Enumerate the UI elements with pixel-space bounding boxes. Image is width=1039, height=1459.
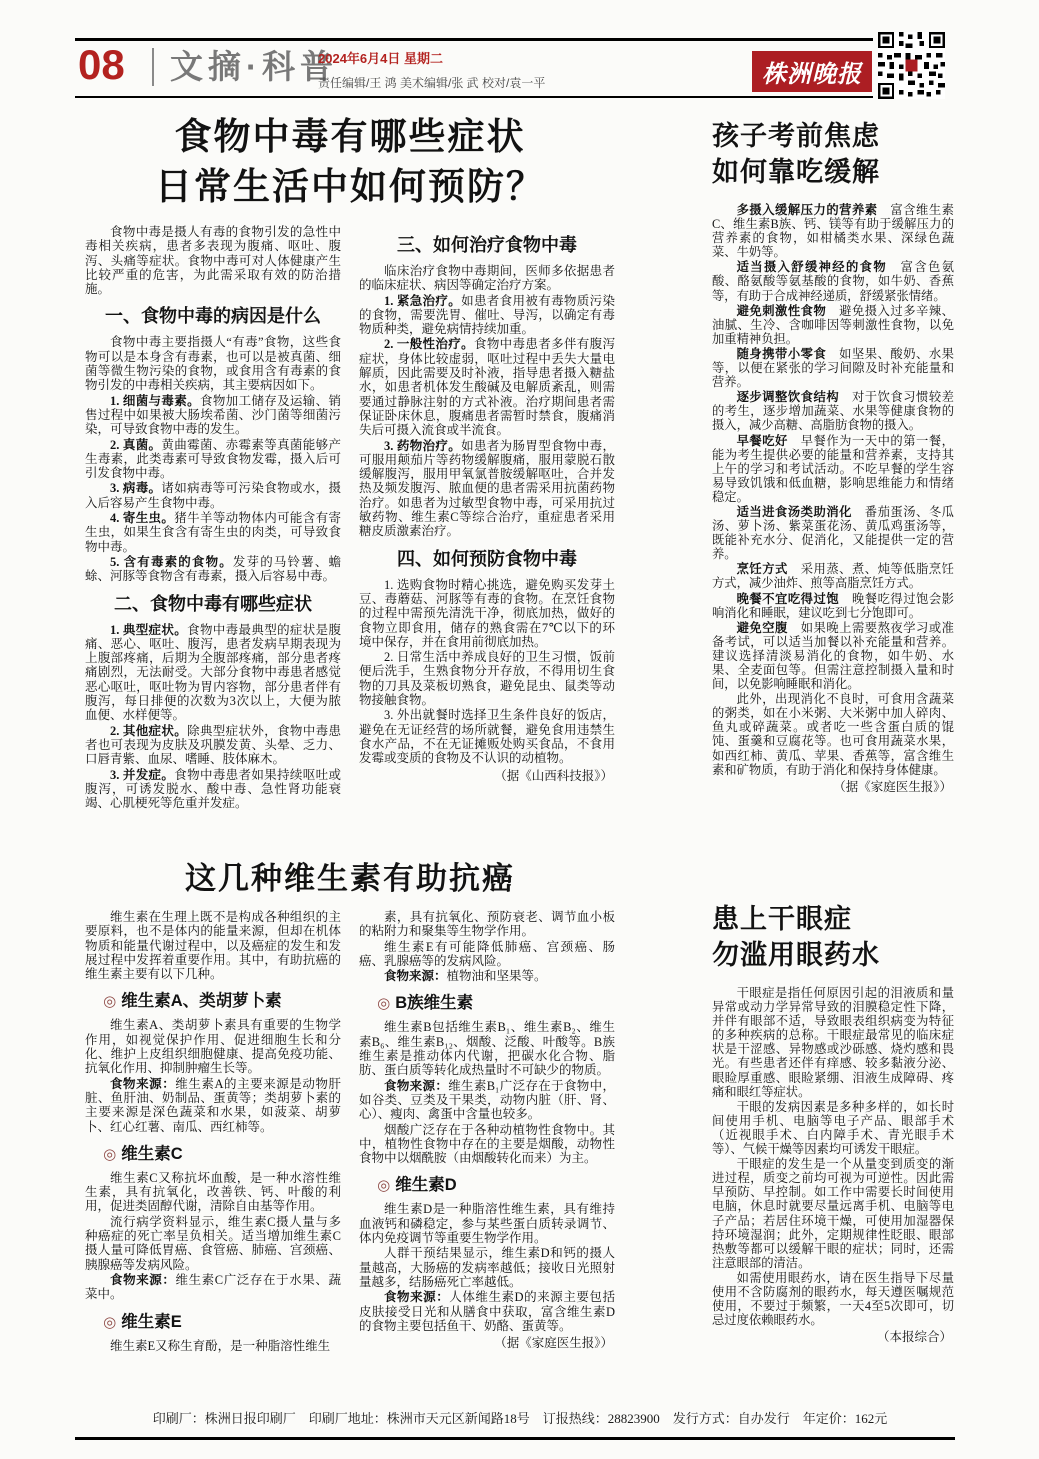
article-column-1: 食物中毒是摄人有毒的食物引发的急性中毒相关疾病，患者多表现为腹痛、呕吐、腹泻、头…	[85, 225, 341, 811]
paragraph-lead: 2. 真菌。	[110, 438, 161, 452]
body-paragraph: 维生素E又称生育酚，是一种脂溶性维生	[85, 1339, 341, 1353]
paragraph-lead: 避免刺激性食物	[737, 304, 827, 318]
editors-line: 责任编辑/王 鸿 美术编辑/张 武 校对/袁一平	[318, 74, 678, 91]
paragraph-lead: 多摄入缓解压力的营养素	[737, 203, 878, 217]
article-title: 食物中毒有哪些症状 日常生活中如何预防？	[85, 112, 615, 212]
paragraph-lead: 2. 一般性治疗。	[384, 337, 474, 351]
article-title-line1: 孩子考前焦虑	[712, 121, 880, 151]
double-circle-icon: ◎	[377, 995, 390, 1012]
body-paragraph: 临床治疗食物中毒期间，医师多依据患者的临床症状、病因等确定治疗方案。	[359, 264, 615, 293]
article-title-line2: 日常生活中如何预防？	[155, 166, 545, 207]
article-body: 多摄入缓解压力的营养素 富含维生素C、维生素B族、钙、镁等有助于缓解压力的营养素…	[712, 203, 954, 795]
article-title: 患上干眼症 勿滥用眼药水	[712, 901, 954, 973]
paragraph-lead: 1. 细菌与毒素。	[110, 394, 200, 408]
body-paragraph: 维生素D是一种脂溶性维生素，具有维持血液钙和磷稳定，参与某些蛋白质转录调节、体内…	[359, 1202, 615, 1245]
vitamin-subheading: ◎B族维生素	[359, 993, 615, 1014]
article-body: 干眼症是指任何原因引起的泪液质和量异常或动力学异常导致的泪膜稳定性下降，并伴有眼…	[712, 986, 954, 1345]
section-heading: 三、如何治疗食物中毒	[359, 234, 615, 256]
vitamin-subheading: ◎维生素D	[359, 1175, 615, 1196]
article-title-line1: 患上干眼症	[712, 904, 852, 934]
body-paragraph: 2. 其他症状。除典型症状外，食物中毒患者也可表现为皮肤及巩膜发黄、头晕、乏力、…	[85, 724, 341, 767]
body-paragraph: 食物来源：维生素B₁广泛存在于食物中，如谷类、豆类及干果类，动物内脏（肝、肾、心…	[359, 1079, 615, 1122]
paragraph-lead: 4. 寄生虫。	[110, 511, 174, 525]
body-paragraph: 2. 日常生活中养成良好的卫生习惯，饭前便后洗手，生熟食物分开存放，不得用切生食…	[359, 650, 615, 707]
body-paragraph: 维生素C又称抗坏血酸，是一种水溶性维生素，具有抗氧化，改善铁、钙、叶酸的利用，促…	[85, 1171, 341, 1214]
double-circle-icon: ◎	[103, 1146, 116, 1163]
paragraph-lead: 食物来源：	[384, 1290, 449, 1304]
page-number: 08	[78, 42, 125, 88]
paragraph-lead: 适当摄入舒缓神经的食物	[737, 260, 887, 274]
double-circle-icon: ◎	[103, 1314, 116, 1331]
vitamin-subheading: ◎维生素A、类胡萝卜素	[85, 991, 341, 1012]
body-paragraph: 3. 并发症。食物中毒患者如果持续呕吐或腹泻，可诱发脱水、酸中毒、急性肾功能衰竭…	[85, 768, 341, 811]
body-paragraph: 食物中毒是摄人有毒的食物引发的急性中毒相关疾病，患者多表现为腹痛、呕吐、腹泻、头…	[85, 225, 341, 296]
paragraph-lead: 早餐吃好	[737, 434, 788, 448]
header-top-rule	[75, 38, 873, 41]
article-title: 孩子考前焦虑 如何靠吃缓解	[712, 118, 954, 190]
article-title: 这几种维生素有助抗癌	[85, 858, 615, 900]
body-paragraph: 3. 药物治疗。如患者为肠胃型食物中毒，可服用颠茄片等药物缓解腹痛，服用蒙脱石散…	[359, 439, 615, 539]
body-paragraph: 维生素E有可能降低肺癌、宫颈癌、肠癌、乳腺癌等的发病风险。	[359, 940, 615, 969]
paragraph-lead: 逐步调整饮食结构	[737, 390, 840, 404]
body-paragraph: 干眼症的发生是一个从量变到质变的渐进过程，质变之前均可视为可逆性。因此需早预防、…	[712, 1157, 954, 1270]
body-paragraph: 干眼的发病因素是多种多样的，如长时间使用手机、电脑等电子产品、眼部手术（近视眼手…	[712, 1100, 954, 1156]
body-paragraph: 多摄入缓解压力的营养素 富含维生素C、维生素B族、钙、镁等有助于缓解压力的营养素…	[712, 203, 954, 259]
section-heading: 一、食物中毒的病因是什么	[85, 305, 341, 327]
paragraph-lead: 食物来源：	[110, 1273, 175, 1287]
body-paragraph: 食物来源：维生素A的主要来源是动物肝脏、鱼肝油、奶制品、蛋黄等；类胡萝卜素的主要…	[85, 1077, 341, 1134]
paragraph-lead: 3. 病毒。	[110, 481, 161, 495]
article-dry-eye: 患上干眼症 勿滥用眼药水 干眼症是指任何原因引起的泪液质和量异常或动力学异常导致…	[712, 901, 954, 1345]
body-paragraph: 适当进食汤类助消化 番茄蛋汤、冬瓜汤、萝卜汤、紫菜蛋花汤、黄瓜鸡蛋汤等，既能补充…	[712, 505, 954, 561]
body-paragraph: 晚餐不宜吃得过饱 晚餐吃得过饱会影响消化和睡眠，建议吃到七分饱即可。	[712, 592, 954, 620]
body-paragraph: 随身携带小零食 如坚果、酸奶、水果等，以便在紧张的学习间隙及时补充能量和营养。	[712, 347, 954, 389]
source-attribution: （据《山西科技报》）	[359, 769, 613, 784]
paragraph-lead: 3. 药物治疗。	[384, 439, 461, 453]
source-attribution: （本报综合）	[712, 1330, 952, 1345]
double-circle-icon: ◎	[377, 1177, 390, 1194]
body-paragraph: 1. 典型症状。食物中毒最典型的症状是腹痛、恶心、呕吐、腹泻，患者发病早期表现为…	[85, 623, 341, 723]
newspaper-logo: 株洲晚报	[752, 51, 872, 92]
body-paragraph: 逐步调整饮食结构 对于饮食习惯较差的考生，逐步增加蔬菜、水果等健康食物的摄入，减…	[712, 390, 954, 432]
body-paragraph: 食物来源：植物油和坚果等。	[359, 969, 615, 983]
article-columns: 食物中毒是摄人有毒的食物引发的急性中毒相关疾病，患者多表现为腹痛、呕吐、腹泻、头…	[85, 225, 615, 811]
article-vitamins: 这几种维生素有助抗癌 维生素在生理上既不是构成各种组织的主要原料，也不是体内的能…	[85, 858, 615, 1354]
body-paragraph: 3. 外出就餐时选择卫生条件良好的饭店，避免在无证经营的场所就餐，避免食用违禁生…	[359, 708, 615, 765]
article-columns: 维生素在生理上既不是构成各种组织的主要原料，也不是体内的能量来源，但却在机体物质…	[85, 910, 615, 1354]
paragraph-lead: 5. 含有毒素的食物。	[110, 555, 233, 569]
body-paragraph: 避免刺激性食物 避免摄入过多辛辣、油腻、生冷、含咖啡因等刺激性食物，以免加重精神…	[712, 304, 954, 346]
body-paragraph: 2. 一般性治疗。食物中毒患者多伴有腹泻症状，身体比较虚弱，呕吐过程中丢失大量电…	[359, 337, 615, 437]
body-paragraph: 素，具有抗氧化、预防衰老、调节血小板的粘附力和聚集等生物学作用。	[359, 910, 615, 939]
body-paragraph: 此外，出现消化不良时，可食用含蔬菜的粥类，如在小米粥、大米粥中加人碎肉、鱼丸或碎…	[712, 692, 954, 777]
article-column-2: 素，具有抗氧化、预防衰老、调节血小板的粘附力和聚集等生物学作用。维生素E有可能降…	[359, 910, 615, 1354]
body-paragraph: 流行病学资料显示，维生素C摄人量与多种癌症的死亡率呈负相关。适当增加维生素C摄人…	[85, 1215, 341, 1272]
header-divider	[152, 48, 154, 86]
paragraph-lead: 避免空腹	[737, 621, 788, 635]
body-paragraph: 维生素A、类胡萝卜素具有重要的生物学作用，如视觉保护作用、促进细胞生长和分化、维…	[85, 1018, 341, 1075]
body-paragraph: 人群干预结果显示，维生素D和钙的摄人量越高，大肠癌的发病率越低；接收日光照射量越…	[359, 1246, 615, 1289]
section-title: 文摘·科普	[170, 47, 338, 87]
header-bottom-rule	[75, 96, 873, 98]
body-paragraph: 早餐吃好 早餐作为一天中的第一餐，能为考生提供必要的能量和营养素，支持其上午的学…	[712, 434, 954, 504]
paragraph-lead: 1. 紧急治疗。	[384, 294, 461, 308]
body-paragraph: 维生素B包括维生素B₁、维生素B₂、维生素B₆、维生素B₁₂、烟酸、泛酸、叶酸等…	[359, 1020, 615, 1077]
body-paragraph: 维生素在生理上既不是构成各种组织的主要原料，也不是体内的能量来源，但却在机体物质…	[85, 910, 341, 981]
paragraph-lead: 适当进食汤类助消化	[737, 505, 852, 519]
body-paragraph: 食物来源：人体维生素D的来源主要包括皮肤接受日光和从膳食中获取，富含维生素D的食…	[359, 1290, 615, 1333]
body-paragraph: 5. 含有毒素的食物。发芽的马铃薯、蟾蜍、河豚等食物含有毒素，摄入后容易中毒。	[85, 555, 341, 584]
paragraph-lead: 1. 典型症状。	[110, 623, 187, 637]
body-paragraph: 避免空腹 如果晚上需要熬夜学习或准备考试，可以适当加餐以补充能量和营养。建议选择…	[712, 621, 954, 691]
body-paragraph: 如需使用眼药水，请在医生指导下尽量使用不含防腐剂的眼药水，每天遵医嘱规范使用，不…	[712, 1271, 954, 1327]
body-paragraph: 2. 真菌。黄曲霉菌、赤霉素等真菌能够产生毒素，此类毒素可导致食物发霉，摄入后可…	[85, 438, 341, 481]
vitamin-subheading: ◎维生素C	[85, 1144, 341, 1165]
paragraph-lead: 晚餐不宜吃得过饱	[737, 592, 840, 606]
article-column-2: 三、如何治疗食物中毒临床治疗食物中毒期间，医师多依据患者的临床症状、病因等确定治…	[359, 225, 615, 811]
body-paragraph: 适当摄入舒缓神经的食物 富含色氨酸、酪氨酸等氨基酸的食物，如牛奶、香蕉等，有助于…	[712, 260, 954, 302]
article-food-poisoning: 食物中毒有哪些症状 日常生活中如何预防？ 食物中毒是摄人有毒的食物引发的急性中毒…	[85, 112, 615, 811]
source-attribution: （据《家庭医生报》）	[359, 1336, 613, 1351]
section-heading: 二、食物中毒有哪些症状	[85, 593, 341, 615]
header-meta: 2024年6月4日 星期二 责任编辑/王 鸿 美术编辑/张 武 校对/袁一平	[318, 48, 678, 91]
body-paragraph: 3. 病毒。诸如病毒等可污染食物或水，摄入后容易产生食物中毒。	[85, 481, 341, 510]
paragraph-lead: 随身携带小零食	[737, 347, 827, 361]
article-title-line1: 食物中毒有哪些症状	[175, 116, 526, 157]
body-paragraph: 烹饪方式 采用蒸、煮、炖等低脂烹饪方式，减少油炸、煎等高脂烹饪方式。	[712, 562, 954, 590]
body-paragraph: 1. 紧急治疗。如患者食用被有毒物质污染的食物，需要洗胃、催吐、导泻，以确定有毒…	[359, 294, 615, 337]
source-attribution: （据《家庭医生报》）	[712, 780, 952, 795]
imprint-line: 印刷厂：株洲日报印刷厂 印刷厂地址：株洲市天元区新闻路18号 订报热线：2882…	[85, 1411, 955, 1427]
issue-date: 2024年6月4日 星期二	[318, 48, 678, 67]
vitamin-subheading: ◎维生素E	[85, 1312, 341, 1333]
paragraph-lead: 食物来源：	[384, 1079, 448, 1093]
body-paragraph: 干眼症是指任何原因引起的泪液质和量异常或动力学异常导致的泪膜稳定性下降，并伴有眼…	[712, 986, 954, 1099]
paragraph-lead: 2. 其他症状。	[110, 724, 187, 738]
body-paragraph: 烟酸广泛存在于各种动植物性食物中。其中，植物性食物中存在的主要是烟酸，动物性食物…	[359, 1123, 615, 1166]
paragraph-lead: 食物来源：	[384, 969, 447, 983]
body-paragraph: 4. 寄生虫。猪牛羊等动物体内可能含有寄生虫，如果生食含有寄生虫的肉类，可导致食…	[85, 511, 341, 554]
paragraph-lead: 烹饪方式	[737, 562, 788, 576]
double-circle-icon: ◎	[103, 993, 116, 1010]
article-title-line2: 如何靠吃缓解	[712, 157, 880, 187]
body-paragraph: 食物中毒主要指摄人“有毒”食物，这些食物可以是本身含有毒素，也可以是被真菌、细菌…	[85, 335, 341, 392]
body-paragraph: 1. 细菌与毒素。食物加工储存及运输、销售过程中如果被大肠埃希菌、沙门菌等细菌污…	[85, 394, 341, 437]
article-exam-anxiety: 孩子考前焦虑 如何靠吃缓解 多摄入缓解压力的营养素 富含维生素C、维生素B族、钙…	[712, 118, 954, 901]
body-paragraph: 1. 选购食物时精心挑选，避免购买发芽土豆、毒蘑菇、河豚等有毒的食物。在烹饪食物…	[359, 578, 615, 649]
qr-code-icon	[878, 32, 945, 99]
article-column-1: 维生素在生理上既不是构成各种组织的主要原料，也不是体内的能量来源，但却在机体物质…	[85, 910, 341, 1354]
newspaper-logo-text: 株洲晚报	[762, 54, 862, 89]
article-title-line2: 勿滥用眼药水	[712, 940, 880, 970]
body-paragraph: 食物来源：维生素C广泛存在于水果、蔬菜中。	[85, 1273, 341, 1302]
paragraph-lead: 3. 并发症。	[110, 768, 174, 782]
section-heading: 四、如何预防食物中毒	[359, 548, 615, 570]
right-rail: 孩子考前焦虑 如何靠吃缓解 多摄入缓解压力的营养素 富含维生素C、维生素B族、钙…	[712, 118, 954, 1345]
footer-rule	[75, 1437, 955, 1440]
paragraph-lead: 食物来源：	[110, 1077, 175, 1091]
